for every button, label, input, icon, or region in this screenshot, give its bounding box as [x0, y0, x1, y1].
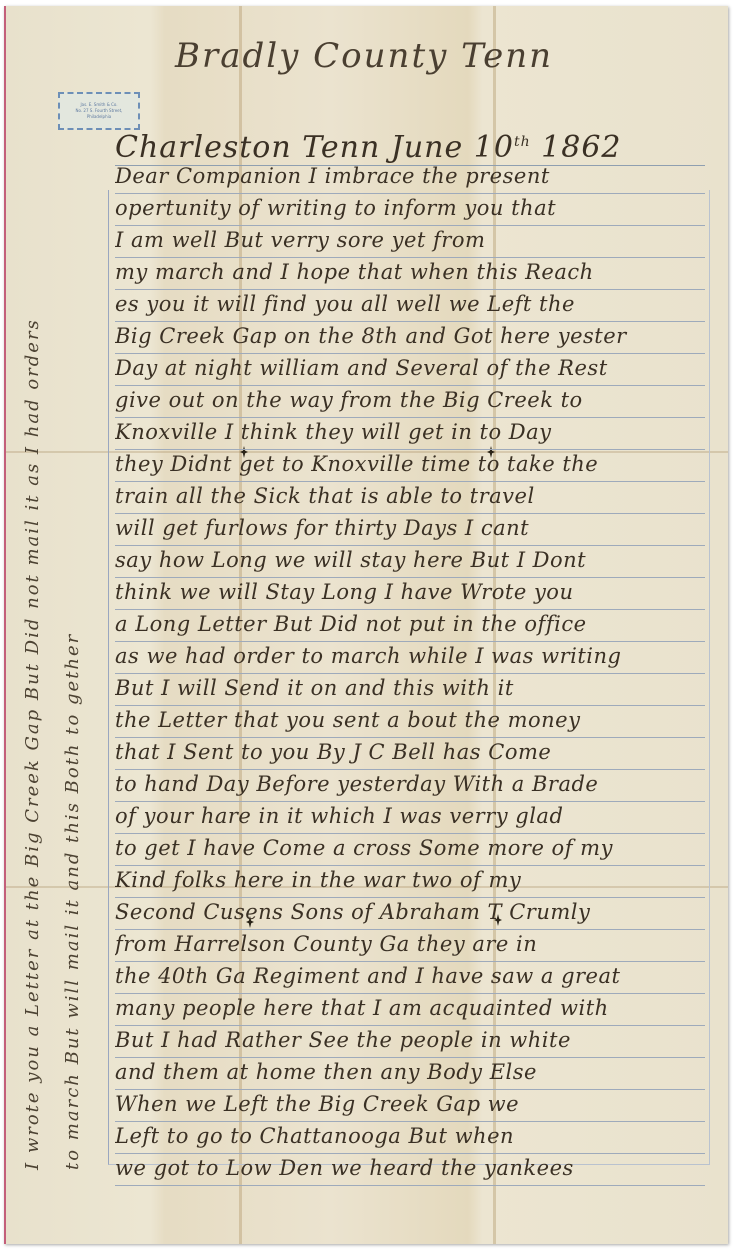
body-line: Kind folks here in the war two of my	[115, 864, 705, 898]
body-line: they Didnt get to Knoxville time to take…	[115, 448, 705, 482]
body-line: I am well But verry sore yet from	[115, 224, 705, 258]
body-line: When we Left the Big Creek Gap we	[115, 1088, 705, 1122]
body-line: train all the Sick that is able to trave…	[115, 480, 705, 514]
body-line: we got to Low Den we heard the yankees	[115, 1152, 705, 1186]
body-line: will get furlows for thirty Days I cant	[115, 512, 705, 546]
body-line: Day at night william and Several of the …	[115, 352, 705, 386]
body-line: the 40th Ga Regiment and I have saw a gr…	[115, 960, 705, 994]
body-line: But I had Rather See the people in white	[115, 1024, 705, 1058]
body-line: a Long Letter But Did not put in the off…	[115, 608, 705, 642]
body-line: Left to go to Chattanooga But when	[115, 1120, 705, 1154]
body-line: Knoxville I think they will get in to Da…	[115, 416, 705, 450]
body-line: think we will Stay Long I have Wrote you	[115, 576, 705, 610]
body-line: say how Long we will stay here But I Don…	[115, 544, 705, 578]
body-line: as we had order to march while I was wri…	[115, 640, 705, 674]
body-line: from Harrelson County Ga they are in	[115, 928, 705, 962]
body-line: to hand Day Before yesterday With a Brad…	[115, 768, 705, 802]
body-line: es you it will find you all well we Left…	[115, 288, 705, 322]
body-line: the Letter that you sent a bout the mone…	[115, 704, 705, 738]
body-line: Dear Companion I imbrace the present	[115, 160, 705, 194]
margin-note: I wrote you a Letter at the Big Creek Ga…	[22, 318, 43, 1170]
stationer-stamp: Jas. E. Smith & Co. No. 27 S. Fourth Str…	[58, 92, 140, 130]
body-line: But I will Send it on and this with it	[115, 672, 705, 706]
body-line: and them at home then any Body Else	[115, 1056, 705, 1090]
body-line: give out on the way from the Big Creek t…	[115, 384, 705, 418]
margin-note: to march But will mail it and this Both …	[62, 633, 83, 1170]
letter-heading: Bradly County Tenn	[175, 36, 553, 76]
body-line: to get I have Come a cross Some more of …	[115, 832, 705, 866]
body-line: my march and I hope that when this Reach	[115, 256, 705, 290]
body-line: of your hare in it which I was verry gla…	[115, 800, 705, 834]
body-line: many people here that I am acquainted wi…	[115, 992, 705, 1026]
body-line: Big Creek Gap on the 8th and Got here ye…	[115, 320, 705, 354]
body-line: that I Sent to you By J C Bell has Come	[115, 736, 705, 770]
body-line: opertunity of writing to inform you that	[115, 192, 705, 226]
stamp-line: Philadelphia	[87, 114, 111, 120]
body-line: Second Cusens Sons of Abraham T Crumly	[115, 896, 705, 930]
dateline-suffix: th	[514, 134, 531, 150]
